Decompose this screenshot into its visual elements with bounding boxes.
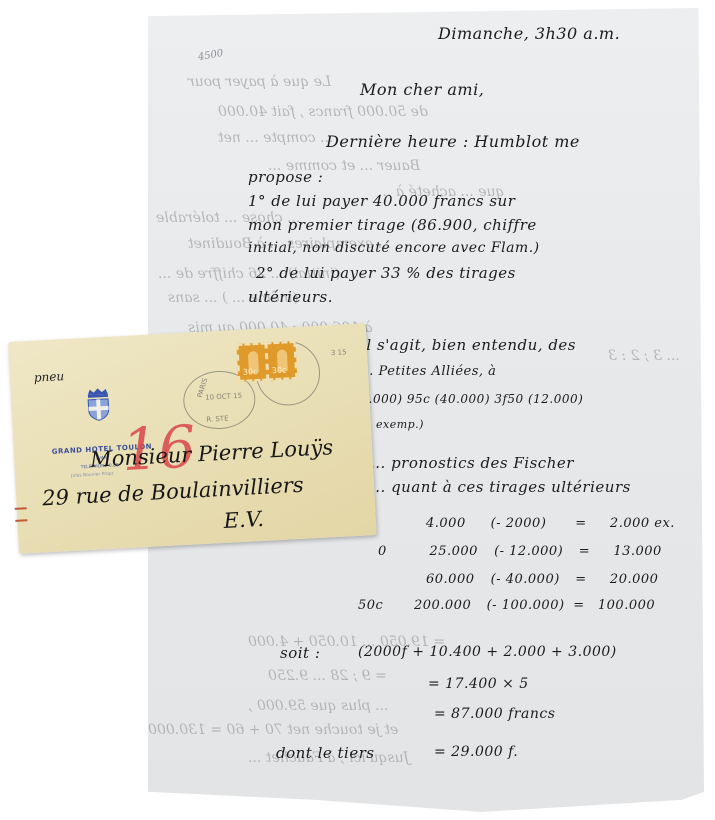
calc-minus: (- 100.000) bbox=[487, 598, 569, 613]
tiers-value: = 29.000 f. bbox=[434, 744, 518, 760]
letter-line: ... pronostics des Fischer bbox=[370, 454, 574, 472]
postmark-office: R. STE bbox=[206, 415, 229, 424]
envelope: pneu GRAND HOTEL TOULON (VAR) TELEPHONE … bbox=[8, 323, 377, 553]
show-through-text: et je touche net 70 + 60 = 130.000 bbox=[148, 722, 398, 738]
letter-line: Il s'agit, bien entendu, des bbox=[360, 336, 576, 354]
hotel-proprietor: Jules Bouvier Propr. bbox=[71, 472, 115, 479]
show-through-text: ... plus que 59.000 , bbox=[248, 698, 389, 714]
calc-prefix: 50c bbox=[358, 598, 383, 613]
show-through-text: = 9 ; 28 ... 9.250 bbox=[268, 668, 387, 684]
calc-result: 13.000 bbox=[613, 544, 662, 559]
letter-line: ...000) 95c (40.000) 3f50 (12.000) bbox=[360, 392, 583, 406]
postmark-time: 3 15 bbox=[331, 348, 347, 357]
postage-stamp: 30c bbox=[236, 342, 268, 382]
calc-prefix: 0 bbox=[378, 544, 387, 559]
calc-eq: = bbox=[579, 544, 609, 559]
letter-line: 2° de lui payer 33 % des tirages bbox=[256, 264, 516, 282]
letter-line: propose : bbox=[248, 168, 323, 186]
edge-mark bbox=[15, 507, 27, 509]
letter-line: initial, non discuté encore avec Flam.) bbox=[248, 240, 540, 256]
product-line: = 17.400 × 5 bbox=[428, 676, 529, 692]
letter-line: ... Petites Alliées, à bbox=[360, 364, 496, 379]
calc-minus: (- 12.000) bbox=[494, 544, 574, 559]
letter-line: Dernière heure : Humblot me bbox=[326, 132, 580, 151]
letter-line: 1° de lui payer 40.000 francs sur bbox=[248, 192, 515, 210]
calc-eq: = bbox=[575, 572, 605, 587]
calc-result: 20.000 bbox=[610, 572, 659, 587]
calc-total: 60.000 bbox=[426, 572, 486, 587]
show-through-text: ... compte ... net bbox=[218, 130, 333, 146]
stamp-value: 30c bbox=[243, 367, 258, 377]
calc-minus: (- 2000) bbox=[491, 516, 571, 531]
calc-row: 4.000 (- 2000) = 2.000 ex. bbox=[378, 516, 675, 531]
calc-total: 4.000 bbox=[426, 516, 486, 531]
edge-mark bbox=[15, 519, 27, 521]
envelope-corner-note: pneu bbox=[34, 369, 65, 385]
tiers-label: dont le tiers bbox=[276, 744, 375, 762]
show-through-text: ... 3 ; 2 : 3 bbox=[608, 348, 680, 364]
stamp-value: 30c bbox=[272, 365, 287, 375]
postage-stamp: 30c bbox=[265, 341, 297, 381]
dateline: Dimanche, 3h30 a.m. bbox=[438, 24, 620, 43]
calc-result: 2.000 ex. bbox=[610, 516, 675, 531]
letter-line: mon premier tirage (86.900, chiffre bbox=[248, 216, 537, 234]
hotel-crest-icon bbox=[85, 387, 113, 422]
address-line-district: E.V. bbox=[223, 507, 264, 533]
pencil-note: 4500 bbox=[197, 48, 224, 63]
salutation: Mon cher ami, bbox=[360, 80, 484, 99]
letter-line: ultérieurs. bbox=[248, 288, 333, 306]
sum-result: = 87.000 francs bbox=[434, 706, 555, 722]
show-through-text: de 50.000 francs , fait 40.000 bbox=[218, 104, 428, 120]
soit-label: soit : bbox=[280, 644, 320, 662]
calc-total: 200.000 bbox=[414, 598, 482, 613]
show-through-text: Le que à payer pour bbox=[188, 74, 331, 90]
calc-row: 0 25.000 (- 12.000) = 13.000 bbox=[378, 544, 662, 559]
calc-eq: = bbox=[573, 598, 593, 613]
calc-row: 50c 200.000 (- 100.000) = 100.000 bbox=[358, 598, 655, 613]
calc-total: 25.000 bbox=[429, 544, 489, 559]
soit-expression: (2000f + 10.400 + 2.000 + 3.000) bbox=[358, 644, 617, 660]
letter-line: ... quant à ces tirages ultérieurs bbox=[370, 478, 631, 496]
calc-result: 100.000 bbox=[598, 598, 655, 613]
calc-row: 60.000 (- 40.000) = 20.000 bbox=[378, 572, 658, 587]
calc-eq: = bbox=[575, 516, 605, 531]
calc-minus: (- 40.000) bbox=[491, 572, 571, 587]
